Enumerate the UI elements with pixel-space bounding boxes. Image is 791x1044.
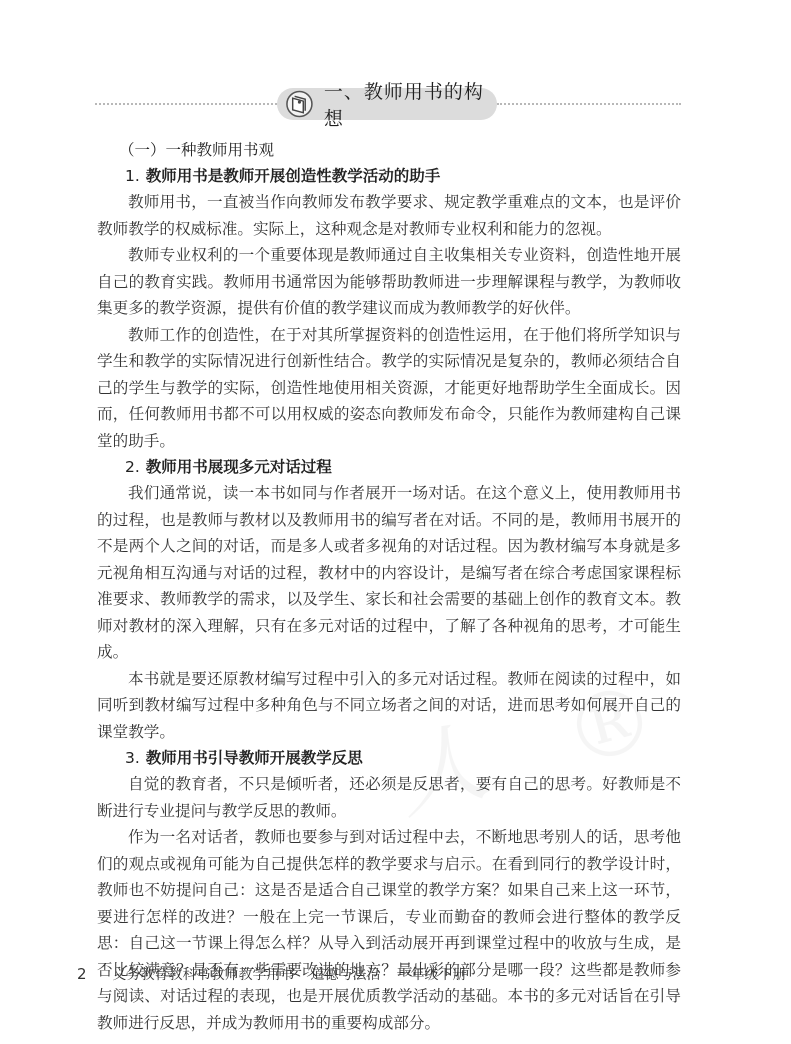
grade: 一年级下册 <box>397 964 467 984</box>
page-body: （一）一种教师用书观 1.教师用书是教师开展创造性教学活动的助手 教师用书，一直… <box>97 137 681 1036</box>
section-heading: （一）一种教师用书观 <box>97 137 681 163</box>
dotted-rule-left <box>95 103 277 105</box>
subsection-number: 3. <box>125 749 140 767</box>
paragraph: 作为一名对话者，教师也要参与到对话过程中去，不断地思考别人的话，思考他们的观点或… <box>97 824 681 1036</box>
subsection-heading-3: 3.教师用书引导教师开展教学反思 <box>97 745 681 771</box>
subsection-title: 教师用书展现多元对话过程 <box>146 458 332 476</box>
page-footer: 2 义务教育教科书教师教学用书 道德与法治 一年级下册 <box>77 964 483 984</box>
subsection-title: 教师用书是教师开展创造性教学活动的助手 <box>146 167 441 185</box>
chapter-title-pill: 一、教师用书的构想 <box>277 88 497 120</box>
paragraph: 我们通常说，读一本书如同与作者展开一场对话。在这个意义上，使用教师用书的过程，也… <box>97 480 681 666</box>
dotted-rule-right <box>497 103 681 105</box>
chapter-title: 一、教师用书的构想 <box>324 77 497 131</box>
subject: 道德与法治 <box>311 964 381 984</box>
paragraph: 教师用书，一直被当作向教师发布教学要求、规定教学重难点的文本，也是评价教师教学的… <box>97 189 681 242</box>
subsection-heading-2: 2.教师用书展现多元对话过程 <box>97 454 681 480</box>
paragraph: 教师工作的创造性，在于对其所掌握资料的创造性运用，在于他们将所学知识与学生和教学… <box>97 322 681 455</box>
subsection-number: 1. <box>125 167 140 185</box>
subsection-number: 2. <box>125 458 140 476</box>
page-number: 2 <box>77 965 87 983</box>
book-title: 义务教育教科书教师教学用书 <box>113 964 295 984</box>
paragraph: 教师专业权利的一个重要体现是教师通过自主收集相关专业资料，创造性地开展自己的教育… <box>97 242 681 322</box>
subsection-heading-1: 1.教师用书是教师开展创造性教学活动的助手 <box>97 163 681 189</box>
paragraph: 本书就是要还原教材编写过程中引入的多元对话过程。教师在阅读的过程中，如同听到教材… <box>97 666 681 746</box>
paragraph: 自觉的教育者，不只是倾听者，还必须是反思者，要有自己的思考。好教师是不断进行专业… <box>97 771 681 824</box>
subsection-title: 教师用书引导教师开展教学反思 <box>146 749 363 767</box>
chapter-header: 一、教师用书的构想 <box>95 88 681 120</box>
book-icon <box>285 89 314 119</box>
